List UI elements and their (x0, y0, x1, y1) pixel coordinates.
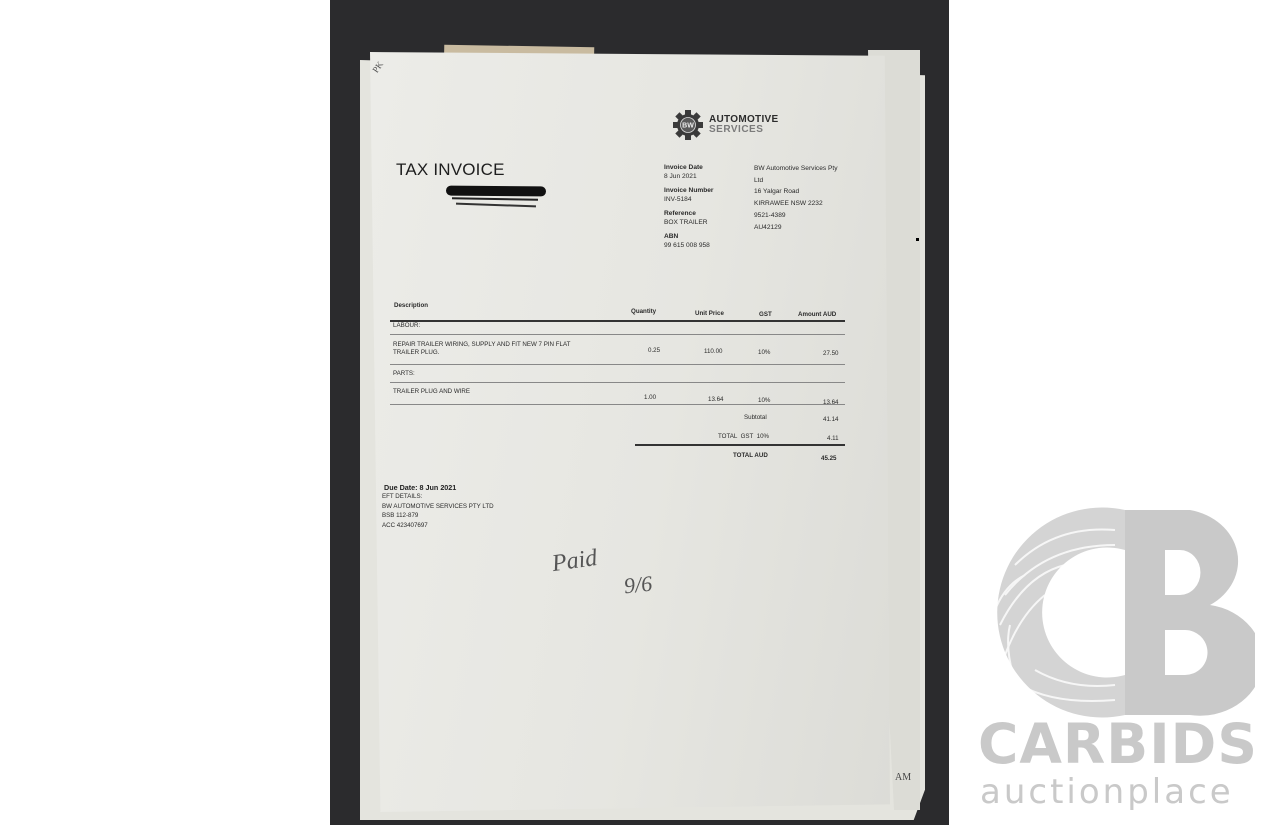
svg-text:BW: BW (682, 123, 694, 130)
eft-bsb: BSB 112-879 (382, 511, 494, 521)
watermark-brand: CARBIDS (978, 712, 1258, 776)
total-value: 45.25 (821, 455, 836, 462)
invoice-number-value: INV-5184 (664, 196, 713, 205)
address-line: 16 Yalgar Road (754, 186, 838, 198)
reference-label: Reference (664, 210, 713, 219)
reference-value: BOX TRAILER (664, 219, 713, 228)
invoice-date-label: Invoice Date (664, 164, 713, 173)
item-gst: 10% (758, 349, 770, 356)
row-rule (390, 404, 845, 405)
row-rule (390, 382, 845, 383)
invoice-date-value: 8 Jun 2021 (664, 173, 713, 182)
item-quantity: 0.25 (648, 347, 660, 354)
total-label: TOTAL AUD (733, 452, 768, 459)
total-rule (635, 444, 845, 446)
address-line: 9521-4389 (754, 210, 838, 222)
address-line: BW Automotive Services Pty (754, 163, 838, 175)
address-line: KIRRAWEE NSW 2232 (754, 198, 838, 210)
header-amount: Amount AUD (798, 311, 836, 318)
row-rule (390, 364, 845, 365)
header-rule (390, 320, 845, 322)
gst-total-value: 4.11 (827, 435, 839, 442)
invoice-meta: Invoice Date8 Jun 2021 Invoice NumberINV… (664, 164, 713, 253)
item-description: REPAIR TRAILER WIRING, SUPPLY AND FIT NE… (393, 341, 570, 348)
gst-total-label: TOTAL GST 10% (718, 433, 769, 440)
redacted-customer-name (446, 186, 546, 197)
logo-line2: SERVICES (709, 125, 778, 135)
item-gst: 10% (758, 397, 770, 404)
speck (916, 238, 919, 241)
abn-label: ABN (664, 233, 713, 242)
address-line: Ltd (754, 175, 838, 187)
eft-account-name: BW AUTOMOTIVE SERVICES PTY LTD (382, 502, 494, 512)
carbids-logo-mark (975, 505, 1255, 720)
watermark-tagline: auctionplace (980, 772, 1234, 812)
eft-acc: ACC 423407697 (382, 521, 494, 531)
item-description: TRAILER PLUG AND WIRE (393, 388, 470, 395)
section-labour: LABOUR: (393, 322, 420, 329)
document-title: TAX INVOICE (396, 160, 505, 180)
header-description: Description (394, 302, 428, 309)
row-rule (390, 334, 845, 335)
header-quantity: Quantity (631, 308, 656, 315)
company-logo: BW AUTOMOTIVE SERVICES (673, 110, 778, 140)
subtotal-value: 41.14 (823, 416, 838, 423)
header-gst: GST (759, 311, 772, 318)
eft-label: EFT DETAILS: (382, 492, 494, 502)
section-parts: PARTS: (393, 370, 415, 377)
invoice-number-label: Invoice Number (664, 187, 713, 196)
eft-details: EFT DETAILS: BW AUTOMOTIVE SERVICES PTY … (382, 492, 494, 530)
address-line: AU42129 (754, 222, 838, 234)
abn-value: 99 615 008 958 (664, 242, 713, 251)
subtotal-label: Subtotal (744, 414, 767, 421)
back-page-fragment: AM (895, 772, 911, 783)
header-unit-price: Unit Price (695, 310, 724, 317)
item-description-cont: TRAILER PLUG. (393, 349, 439, 356)
gear-icon: BW (673, 110, 703, 140)
item-amount: 27.50 (823, 350, 838, 357)
due-date: Due Date: 8 Jun 2021 (384, 483, 456, 492)
item-unit-price: 13.64 (708, 396, 723, 403)
item-quantity: 1.00 (644, 394, 656, 401)
item-unit-price: 110.00 (704, 348, 722, 355)
handwritten-date: 9/6 (623, 571, 654, 600)
company-address: BW Automotive Services Pty Ltd 16 Yalgar… (754, 163, 838, 233)
